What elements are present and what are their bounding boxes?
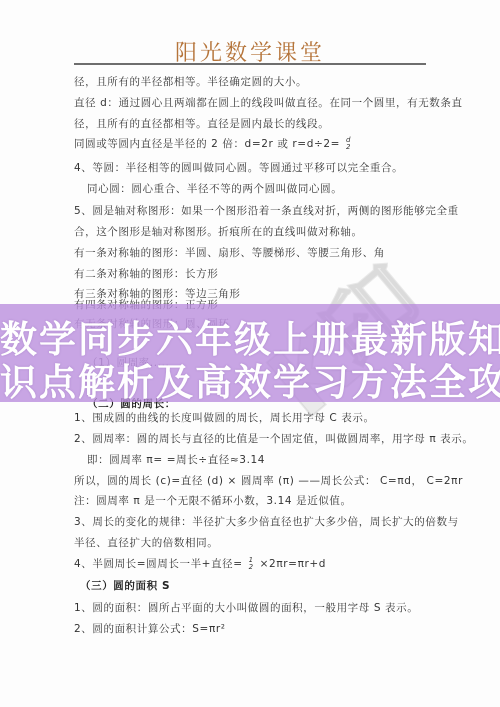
text-line-formula: 4、半圆周长=圆周长一半+直径= 1 2 ×2πr=πr+d — [74, 556, 326, 571]
text-line: 径，且所有的直径都相等。直径是圆内最长的线段。 — [74, 116, 329, 131]
fraction-d-over-2: d 2 — [346, 137, 351, 151]
formula-text: 4、半圆周长=圆周长一半+直径= — [74, 558, 243, 570]
text-line: 4、等圆：半径相等的圆叫做同心圆。等圆通过平移可以完全重合。 — [74, 160, 403, 175]
fraction-half: 1 2 — [249, 557, 254, 571]
text-line: 2、圆周率：圆的周长与直径的比值是一个固定值，叫做圆周率，用字母 π 表示。 — [74, 431, 473, 446]
formula-tail: ×2πr=πr+d — [260, 558, 326, 570]
text-line: 1、围成圆的曲线的长度叫做圆的周长，周长用字母 C 表示。 — [74, 410, 375, 425]
formula-text: 同圆或等圆内直径是半径的 2 倍：d=2r 或 r=d÷2= — [74, 138, 340, 150]
text-line: 直径 d：通过圆心且两端都在圆上的线段叫做直径。在同一个圆里，有无数条直 — [74, 95, 463, 110]
section-heading: （三）圆的面积 S — [80, 578, 170, 593]
text-line: 所以，圆的周长 (c)=直径 (d) × 圆周率 (π) ——周长公式： C=π… — [74, 473, 463, 488]
text-line: 2、圆的面积计算公式：S=πr² — [74, 621, 226, 636]
header-divider — [74, 63, 426, 65]
text-line: 3、周长的变化的规律：半径扩大多少倍直径也扩大多少倍，周长扩大的倍数与 — [74, 514, 459, 529]
text-line: 5、圆是轴对称图形：如果一个图形沿着一条直线对折，两侧的图形能够完全重 — [74, 203, 459, 218]
fraction-denominator: 2 — [346, 144, 351, 151]
text-line: 合，这个图形是轴对称图形。折痕所在的直线叫做对称轴。 — [74, 224, 363, 239]
text-line: 有二条对称轴的图形：长方形 — [74, 266, 218, 281]
text-line: 1、圆的面积：圆所占平面的大小叫做圆的面积，一般用字母 S 表示。 — [74, 600, 418, 615]
text-line: 即：圆周率 π= =周长÷直径≈3.14 — [87, 452, 265, 467]
text-line: 径，且所有的半径都相等。半径确定圆的大小。 — [74, 74, 307, 89]
text-line: 有一条对称轴的图形：半圆、扇形、等腰梯形、等腰三角形、角 — [74, 245, 385, 260]
text-line: 半径、直径扩大的倍数相同。 — [74, 535, 218, 550]
text-line: 同心圆：圆心重合、半径不等的两个圆叫做同心圆。 — [87, 181, 342, 196]
text-line-formula: 同圆或等圆内直径是半径的 2 倍：d=2r 或 r=d÷2= d 2 — [74, 136, 353, 151]
text-line: 注：圆周率 π 是一个无限不循环小数，3.14 是近似值。 — [74, 493, 352, 508]
banner-title-line-2: 识点解析及高效学习方法全攻 — [0, 352, 500, 406]
fraction-denominator: 2 — [249, 564, 254, 571]
document-page: 阳光数学课堂 径，且所有的半径都相等。半径确定圆的大小。 直径 d：通过圆心且两… — [0, 0, 500, 707]
